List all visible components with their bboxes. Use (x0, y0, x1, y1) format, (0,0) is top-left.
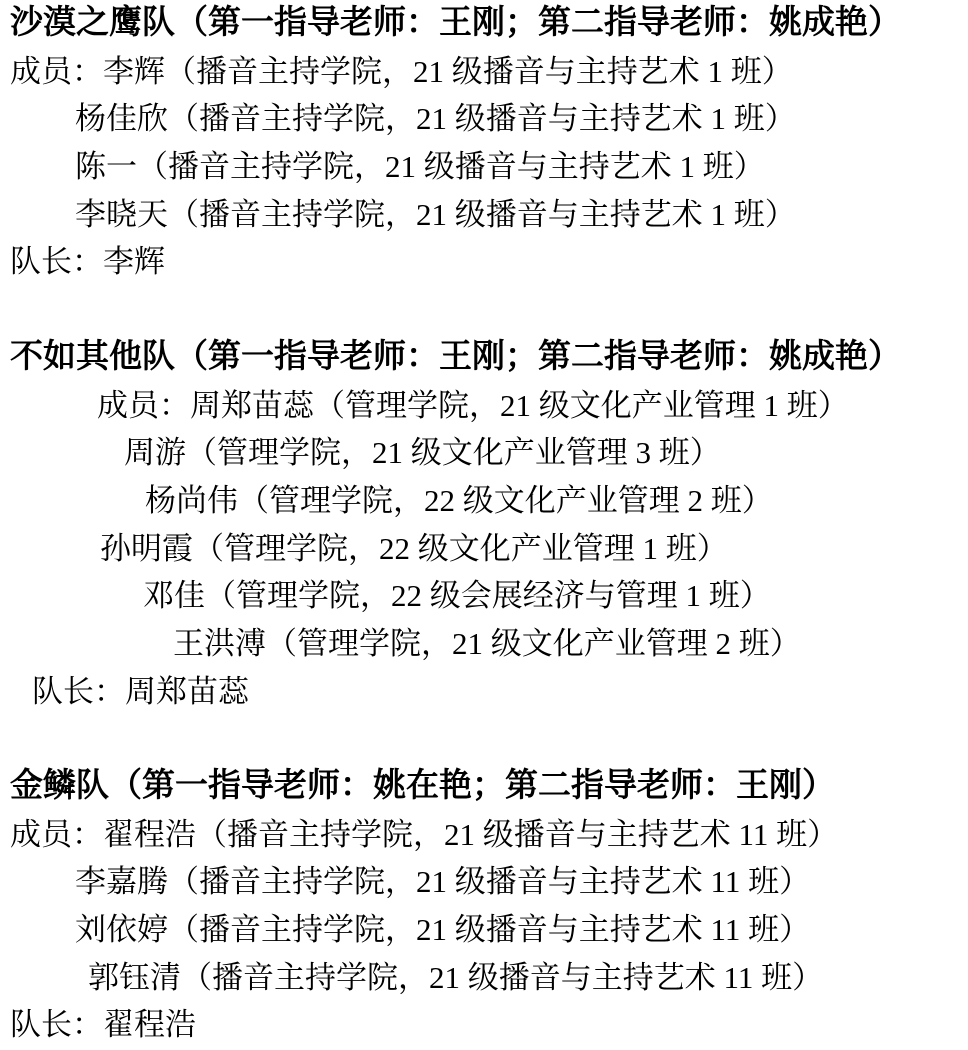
team-1-member-line-2: 杨佳欣（播音主持学院，21 级播音与主持艺术 1 班） (0, 95, 968, 143)
blank-line (0, 715, 968, 763)
team-2-captain-line: 队长：周郑苗蕊 (0, 668, 968, 716)
team-1-member-line-4: 李晓天（播音主持学院，21 级播音与主持艺术 1 班） (0, 191, 968, 239)
team-2-member-line-1: 成员：周郑苗蕊（管理学院，21 级文化产业管理 1 班） (0, 382, 968, 430)
team-2-member-line-2: 周游（管理学院，21 级文化产业管理 3 班） (0, 429, 968, 477)
team-section-not-as-good-as-others: 不如其他队（第一指导老师：王刚；第二指导老师：姚成艳） 成员：周郑苗蕊（管理学院… (0, 334, 968, 716)
team-3-member-line-1: 成员：翟程浩（播音主持学院，21 级播音与主持艺术 11 班） (0, 811, 968, 859)
team-1-member-line-3: 陈一（播音主持学院，21 级播音与主持艺术 1 班） (0, 143, 968, 191)
team-1-title: 沙漠之鹰队（第一指导老师：王刚；第二指导老师：姚成艳） (0, 0, 968, 48)
team-3-member-line-2: 李嘉腾（播音主持学院，21 级播音与主持艺术 11 班） (0, 858, 968, 906)
team-2-member-line-4: 孙明霞（管理学院，22 级文化产业管理 1 班） (0, 525, 968, 573)
team-2-member-line-5: 邓佳（管理学院，22 级会展经济与管理 1 班） (0, 572, 968, 620)
team-2-title: 不如其他队（第一指导老师：王刚；第二指导老师：姚成艳） (0, 334, 968, 382)
team-3-member-line-3: 刘依婷（播音主持学院，21 级播音与主持艺术 11 班） (0, 906, 968, 954)
team-1-member-line-1: 成员：李辉（播音主持学院，21 级播音与主持艺术 1 班） (0, 48, 968, 96)
team-3-title: 金鳞队（第一指导老师：姚在艳；第二指导老师：王刚） (0, 763, 968, 811)
team-2-member-line-6: 王洪溥（管理学院，21 级文化产业管理 2 班） (0, 620, 968, 668)
team-3-member-line-4: 郭钰清（播音主持学院，21 级播音与主持艺术 11 班） (0, 954, 968, 1002)
team-3-captain-line: 队长：翟程浩 (0, 1001, 968, 1049)
blank-line (0, 286, 968, 334)
team-2-member-line-3: 杨尚伟（管理学院，22 级文化产业管理 2 班） (0, 477, 968, 525)
team-1-captain-line: 队长：李辉 (0, 238, 968, 286)
team-section-desert-eagle: 沙漠之鹰队（第一指导老师：王刚；第二指导老师：姚成艳） 成员：李辉（播音主持学院… (0, 0, 968, 286)
document-page: 沙漠之鹰队（第一指导老师：王刚；第二指导老师：姚成艳） 成员：李辉（播音主持学院… (0, 0, 968, 1050)
team-section-golden-scale: 金鳞队（第一指导老师：姚在艳；第二指导老师：王刚） 成员：翟程浩（播音主持学院，… (0, 763, 968, 1049)
